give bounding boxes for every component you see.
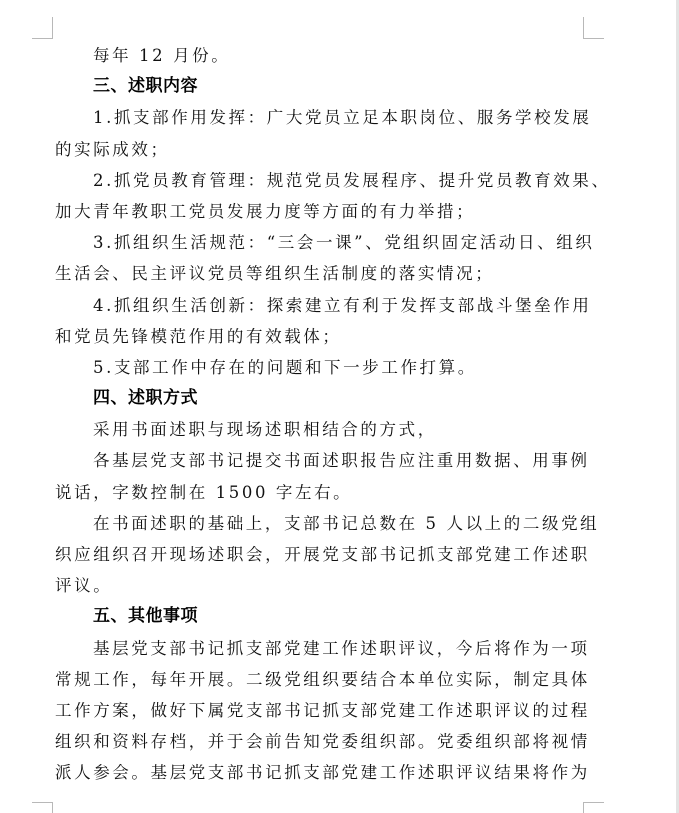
paragraph-line: 各基层党支部书记提交书面述职报告应注重用数据、用事例 [55, 445, 595, 476]
margin-corner-mark-top-left [32, 17, 53, 39]
margin-corner-mark-top-right [583, 17, 604, 39]
paragraph-line: 1.抓支部作用发挥：广大党员立足本职岗位、服务学校发展 [55, 102, 595, 133]
paragraph-line: 加大青年教职工党员发展力度等方面的有力举措； [55, 196, 595, 227]
paragraph-line: 组织和资料存档，并于会前告知党委组织部。党委组织部将视情 [55, 726, 595, 757]
section-heading-5: 五、其他事项 [55, 601, 595, 632]
section-heading-3: 三、述职内容 [55, 71, 595, 102]
paragraph-line: 5.支部工作中存在的问题和下一步工作打算。 [55, 352, 595, 383]
margin-corner-mark-bottom-left [32, 802, 53, 813]
paragraph-line: 3.抓组织生活规范：“三会一课”、党组织固定活动日、组织 [55, 227, 595, 258]
document-body[interactable]: 每年 12 月份。 三、述职内容 1.抓支部作用发挥：广大党员立足本职岗位、服务… [55, 40, 595, 789]
paragraph-line: 每年 12 月份。 [55, 40, 595, 71]
paragraph-line: 基层党支部书记抓支部党建工作述职评议，今后将作为一项 [55, 633, 595, 664]
paragraph-line: 生活会、民主评议党员等组织生活制度的落实情况； [55, 258, 595, 289]
paragraph-line: 在书面述职的基础上，支部书记总数在 5 人以上的二级党组 [55, 508, 595, 539]
paragraph-line: 和党员先锋模范作用的有效载体； [55, 321, 595, 352]
paragraph-line: 常规工作，每年开展。二级党组织要结合本单位实际，制定具体 [55, 664, 595, 695]
paragraph-line: 说话，字数控制在 1500 字左右。 [55, 477, 595, 508]
paragraph-line: 的实际成效； [55, 134, 595, 165]
section-heading-4: 四、述职方式 [55, 383, 595, 414]
paragraph-line: 4.抓组织生活创新：探索建立有利于发挥支部战斗堡垒作用 [55, 290, 595, 321]
paragraph-line: 评议。 [55, 570, 595, 601]
paragraph-line: 织应组织召开现场述职会，开展党支部书记抓支部党建工作述职 [55, 539, 595, 570]
paragraph-line: 2.抓党员教育管理：规范党员发展程序、提升党员教育效果、 [55, 165, 595, 196]
paragraph-line: 工作方案，做好下属党支部书记抓支部党建工作述职评议的过程 [55, 695, 595, 726]
document-page: 每年 12 月份。 三、述职内容 1.抓支部作用发挥：广大党员立足本职岗位、服务… [0, 0, 676, 813]
paragraph-line: 采用书面述职与现场述职相结合的方式， [55, 414, 595, 445]
margin-corner-mark-bottom-right [583, 802, 604, 813]
paragraph-line: 派人参会。基层党支部书记抓支部党建工作述职评议结果将作为 [55, 757, 595, 788]
